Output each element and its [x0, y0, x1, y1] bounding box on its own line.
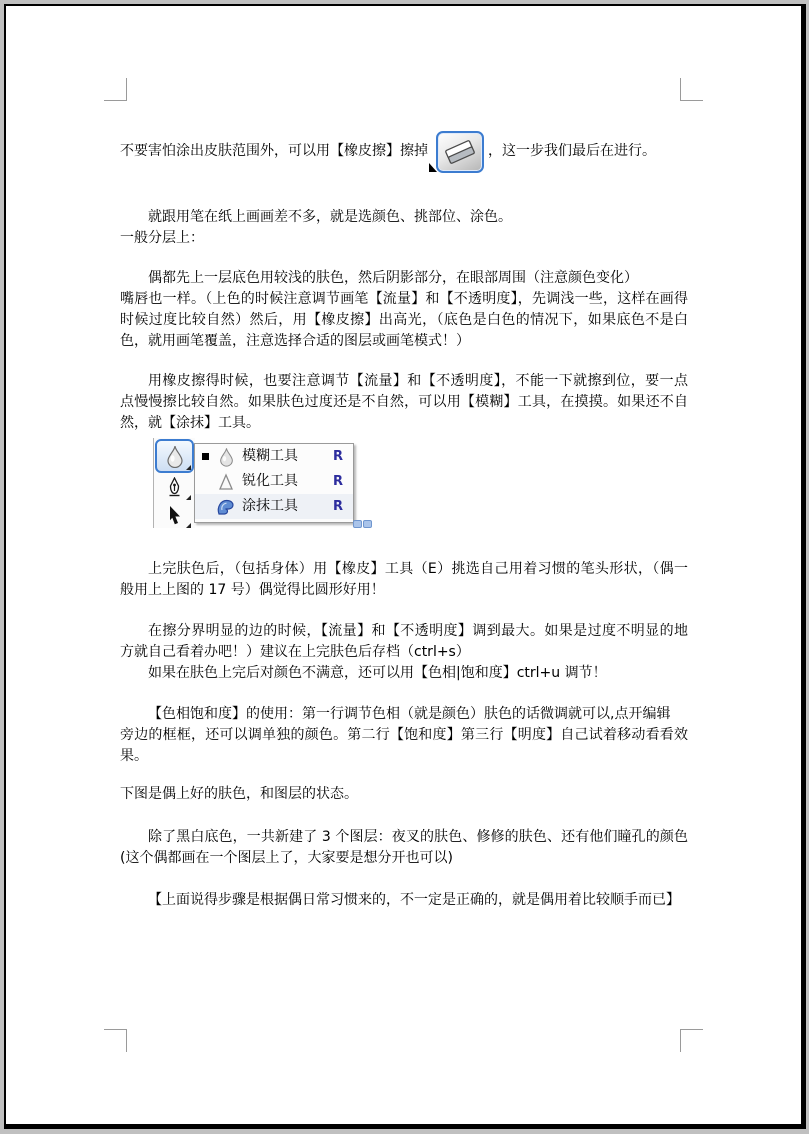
text-line: 方就自己看着办吧！）建议在上完肤色后存档（ctrl+s）: [120, 642, 688, 663]
smudge-finger-icon: [216, 498, 236, 516]
text-boundary-mark-top-left: [104, 78, 127, 101]
document-paper: 不要害怕涂出皮肤范围外，可以用【橡皮擦】擦掉 ，这一步我们最后在进行。 就跟用笔…: [4, 4, 806, 1129]
paragraph: 除了黑白底色，一共新建了 3 个图层：夜叉的肤色、修修的肤色、还有他们瞳孔的颜色…: [120, 827, 688, 869]
sharpen-triangle-icon: [216, 473, 236, 491]
toolbox-strip: [153, 438, 195, 528]
eraser-tool-image[interactable]: [436, 131, 484, 173]
blur-tools-flyout-menu: 模糊工具 R 锐化工具 R: [194, 443, 354, 523]
document-page-screenshot: { "page": { "type": "word-processor page…: [0, 0, 809, 1134]
watermark-icon: [353, 520, 362, 528]
watermark-icon: [363, 520, 372, 528]
menu-item-blur-tool[interactable]: 模糊工具 R: [195, 444, 353, 469]
eraser-button[interactable]: [436, 131, 484, 173]
eraser-icon: [441, 136, 479, 168]
text-line: 般用上上图的 17 号）偶觉得比圆形好用！: [120, 580, 688, 601]
paragraph: 就跟用笔在纸上画画差不多，就是选颜色、挑部位、涂色。: [120, 207, 688, 228]
flyout-triangle-icon: [429, 163, 437, 172]
text-line: 就跟用笔在纸上画画差不多，就是选颜色、挑部位、涂色。: [120, 207, 688, 228]
text-line: 除了黑白底色，一共新建了 3 个图层：夜叉的肤色、修修的肤色、还有他们瞳孔的颜色: [120, 827, 688, 848]
text-line: 旁边的框框，还可以调单独的颜色。第二行【饱和度】第三行【明度】自己试着移动看看效: [120, 725, 688, 746]
paragraph: 如果在肤色上完后对颜色不满意，还可以用【色相|饱和度】ctrl+u 调节！: [120, 663, 688, 684]
text-line: 用橡皮擦得时候，也要注意调节【流量】和【不透明度】，不能一下就擦到位，要一点: [120, 371, 688, 392]
menu-item-label: 涂抹工具: [242, 496, 298, 517]
text-line: 时候过度比较自然）然后，用【橡皮擦】出高光，（底色是白色的情况下，如果底色不是白: [120, 310, 688, 331]
text-run: ，这一步我们最后在进行。: [488, 141, 656, 162]
tool-flyout-corner-icon: [186, 465, 191, 470]
paragraph-eraser-note: 不要害怕涂出皮肤范围外，可以用【橡皮擦】擦掉 ，这一步我们最后在进行。: [120, 131, 688, 172]
paragraph: 【上面说得步骤是根据偶日常习惯来的，不一定是正确的，就是偶用着比较顺手而已】: [120, 890, 688, 911]
text-boundary-mark-bottom-right: [680, 1029, 703, 1052]
menu-item-shortcut: R: [333, 496, 343, 517]
text-run: 不要害怕涂出皮肤范围外，可以用【橡皮擦】擦掉: [120, 141, 428, 162]
paragraph: 上完肤色后，（包括身体）用【橡皮】工具（E）挑选自己用着习惯的笔头形状，（偶一 …: [120, 559, 688, 601]
pen-tool-icon: [166, 477, 183, 499]
pen-tool-button[interactable]: [157, 475, 192, 501]
text-line: 果。: [120, 746, 688, 767]
menu-item-smudge-tool[interactable]: 涂抹工具 R: [195, 494, 353, 519]
text-line: 【上面说得步骤是根据偶日常习惯来的，不一定是正确的，就是偶用着比较顺手而已】: [120, 890, 688, 911]
blur-tool-button[interactable]: [155, 439, 194, 473]
tool-palette-screenshot: 模糊工具 R 锐化工具 R: [120, 438, 688, 528]
tool-flyout-corner-icon: [186, 523, 191, 528]
menu-item-label: 锐化工具: [242, 471, 298, 492]
selection-tool-button[interactable]: [157, 503, 192, 529]
paragraph: 用橡皮擦得时候，也要注意调节【流量】和【不透明度】，不能一下就擦到位，要一点 点…: [120, 371, 688, 434]
text-line: 在擦分界明显的边的时候，【流量】和【不透明度】调到最大。如果是过度不明显的地: [120, 621, 688, 642]
text-boundary-mark-top-right: [680, 78, 703, 101]
text-line: 点慢慢擦比较自然。如果肤色过度还是不自然，可以用【模糊】工具，在摸摸。如果还不自: [120, 392, 688, 413]
blur-drop-icon: [166, 445, 184, 468]
text-line: 色，就用画笔覆盖，注意选择合适的图层或画笔模式！）: [120, 331, 688, 352]
text-line: 然，就【涂抹】工具。: [120, 413, 688, 434]
menu-item-label: 模糊工具: [242, 446, 298, 467]
selection-arrow-icon: [167, 505, 182, 527]
tool-flyout-corner-icon: [186, 495, 191, 500]
text-line: 如果在肤色上完后对颜色不满意，还可以用【色相|饱和度】ctrl+u 调节！: [120, 663, 688, 684]
menu-item-shortcut: R: [333, 471, 343, 492]
watermark-icons: [353, 520, 372, 528]
blur-drop-icon: [216, 447, 236, 467]
paragraph: 一般分层上：: [120, 228, 688, 249]
menu-item-shortcut: R: [333, 446, 343, 467]
text-line: (这个偶都画在一个图层上了，大家要是想分开也可以): [120, 848, 688, 869]
paragraph: 下图是偶上好的肤色，和图层的状态。: [120, 784, 688, 805]
active-tool-bullet-icon: [202, 453, 209, 460]
text-line: 一般分层上：: [120, 228, 688, 249]
text-line: 【色相饱和度】的使用：第一行调节色相（就是颜色）肤色的话微调就可以,点开编辑: [120, 704, 688, 725]
text-boundary-mark-bottom-left: [104, 1029, 127, 1052]
text-line: 上完肤色后，（包括身体）用【橡皮】工具（E）挑选自己用着习惯的笔头形状，（偶一: [120, 559, 688, 580]
document-body: 不要害怕涂出皮肤范围外，可以用【橡皮擦】擦掉 ，这一步我们最后在进行。 就跟用笔…: [120, 131, 688, 911]
paragraph: 偶都先上一层底色用较浅的肤色，然后阴影部分，在眼部周围（注意颜色变化） 嘴唇也一…: [120, 268, 688, 352]
text-line: 偶都先上一层底色用较浅的肤色，然后阴影部分，在眼部周围（注意颜色变化）: [120, 268, 688, 289]
paragraph: 【色相饱和度】的使用：第一行调节色相（就是颜色）肤色的话微调就可以,点开编辑 旁…: [120, 704, 688, 767]
text-line: 嘴唇也一样。（上色的时候注意调节画笔【流量】和【不透明度】，先调浅一些，这样在画…: [120, 289, 688, 310]
paragraph: 在擦分界明显的边的时候，【流量】和【不透明度】调到最大。如果是过度不明显的地 方…: [120, 621, 688, 663]
text-line: 下图是偶上好的肤色，和图层的状态。: [120, 784, 688, 805]
menu-item-sharpen-tool[interactable]: 锐化工具 R: [195, 469, 353, 494]
